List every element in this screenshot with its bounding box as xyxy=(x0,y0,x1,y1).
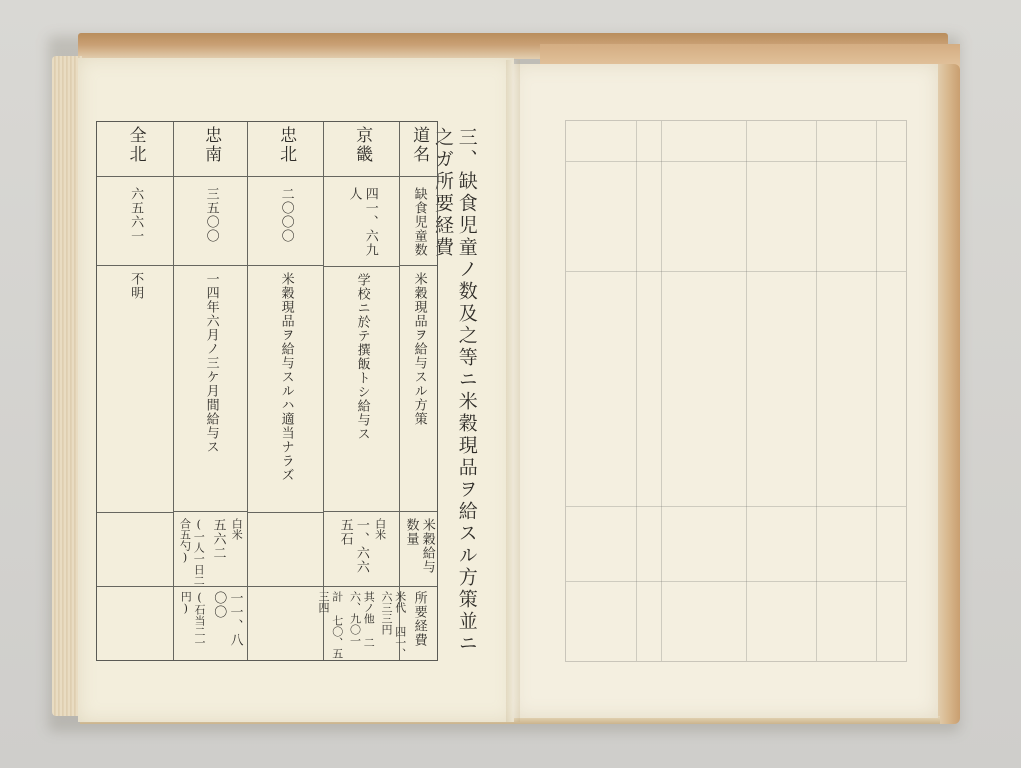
book-spine xyxy=(506,60,520,722)
table-row-jeonbuk: 全北 六五六一 不明 xyxy=(97,122,173,660)
quantity-cell: 白米 五六二 (一人一日二合五勺) xyxy=(174,512,247,587)
cost-cell xyxy=(248,587,323,660)
province-cell: 全北 xyxy=(97,122,173,177)
header-quantity: 米穀給与数量 xyxy=(400,512,437,587)
cost-cell: 米代 四一、六三三円 其ノ他 二六、九〇一 計 七〇、五三四 xyxy=(324,587,399,660)
child-count-cell: 三五〇〇 xyxy=(174,177,247,267)
ghost-rule xyxy=(876,121,877,661)
header-child-count: 缺食児童数 xyxy=(400,177,437,267)
ghost-rule xyxy=(566,581,906,582)
quantity-cell: 白米 一、六六五石 xyxy=(324,512,399,587)
method-cell: 学校ニ於テ撰飯トシ給与ス xyxy=(324,267,399,512)
bleed-through-table xyxy=(565,120,907,662)
cost-cell: 一一、八〇〇 (石当二一円) xyxy=(174,587,247,660)
table-row-chungbuk: 忠北 二〇〇〇 米穀現品ヲ給与スルハ適当ナラズ xyxy=(247,122,323,660)
province-cell: 忠北 xyxy=(248,122,323,177)
header-method: 米穀現品ヲ給与スル方策 xyxy=(400,266,437,512)
province-cell: 京畿 xyxy=(324,122,399,177)
table-row-chungnam: 忠南 三五〇〇 一四年六月ノ三ケ月間給与ス 白米 五六二 (一人一日二合五勺) … xyxy=(173,122,247,660)
table-row-gyeonggi: 京畿 四一、六九人 学校ニ於テ撰飯トシ給与ス 白米 一、六六五石 米代 四一、六… xyxy=(323,122,399,660)
ghost-rule xyxy=(661,121,662,661)
section-title-column: 三、缺食児童ノ数及之等ニ米穀現品ヲ給スル方策並ニ之ガ所要経費 xyxy=(438,121,470,661)
ghost-rule xyxy=(566,506,906,507)
child-count-cell: 二〇〇〇 xyxy=(248,177,323,267)
header-province: 道名 xyxy=(400,122,437,177)
ghost-rule xyxy=(566,161,906,162)
child-count-cell: 六五六一 xyxy=(97,177,173,267)
quantity-cell xyxy=(248,513,323,588)
ghost-rule xyxy=(636,121,637,661)
method-cell: 米穀現品ヲ給与スルハ適当ナラズ xyxy=(248,266,323,512)
ghost-rule xyxy=(566,271,906,272)
method-cell: 不明 xyxy=(97,266,173,512)
province-cell: 忠南 xyxy=(174,122,247,177)
method-cell: 一四年六月ノ三ケ月間給与ス xyxy=(174,266,247,512)
header-column: 道名 缺食児童数 米穀現品ヲ給与スル方策 米穀給与数量 所要経費 xyxy=(399,122,437,660)
children-rice-table: 道名 缺食児童数 米穀現品ヲ給与スル方策 米穀給与数量 所要経費 京畿 四一、六… xyxy=(96,121,438,661)
quantity-cell xyxy=(97,513,173,588)
cost-cell xyxy=(97,587,173,660)
ghost-rule xyxy=(816,121,817,661)
child-count-cell: 四一、六九人 xyxy=(324,177,399,267)
ghost-rule xyxy=(746,121,747,661)
